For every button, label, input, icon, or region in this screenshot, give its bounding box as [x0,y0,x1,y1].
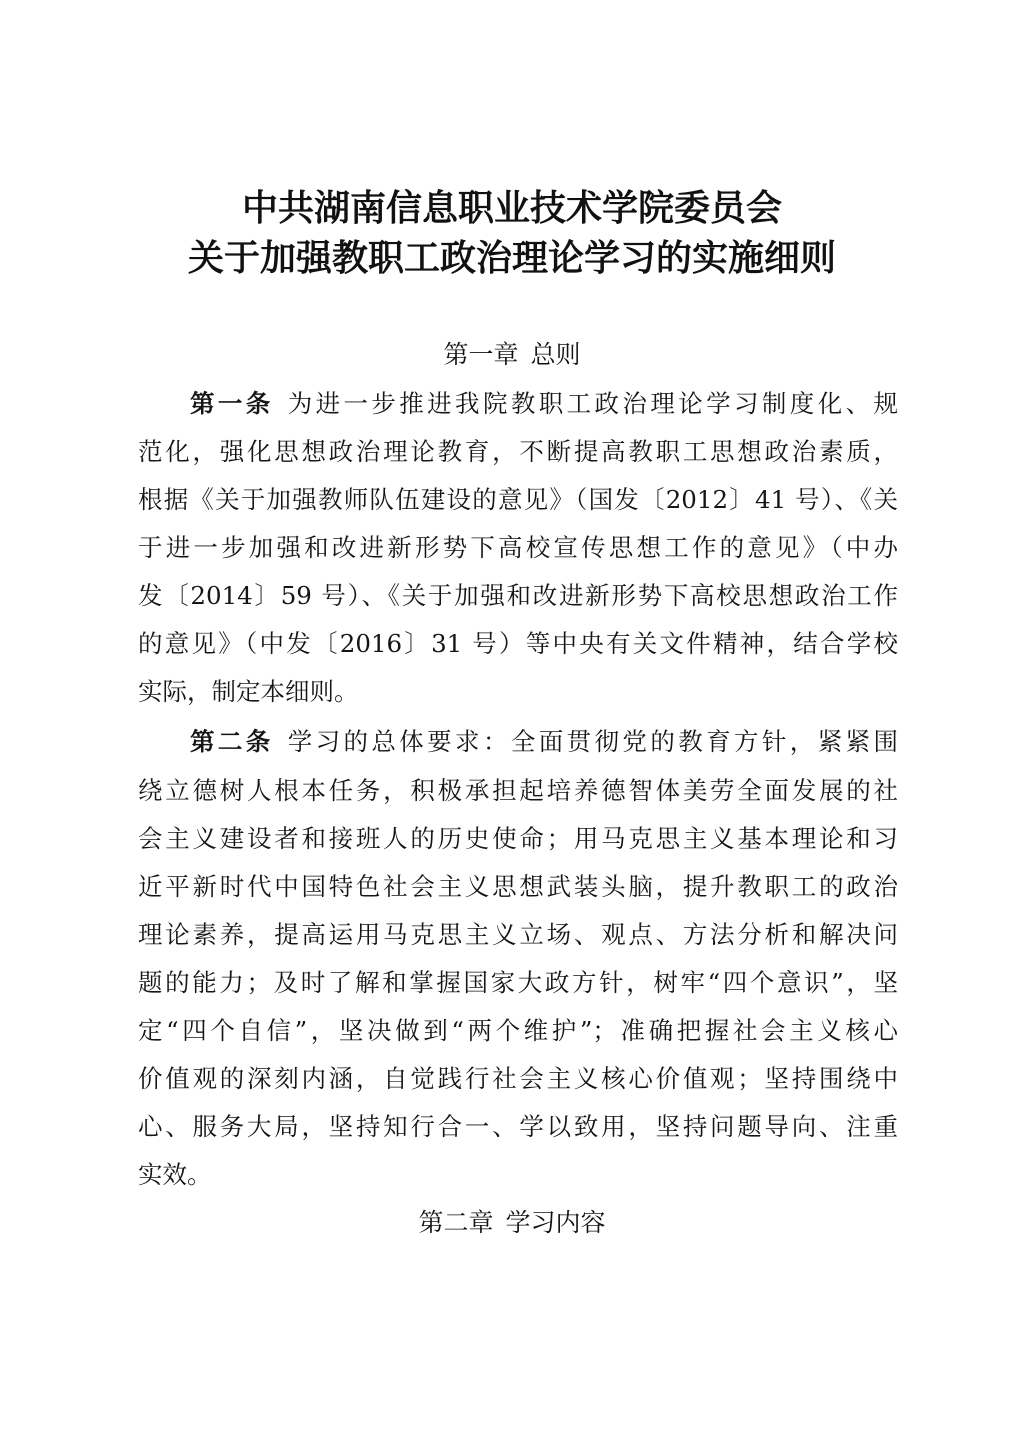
article-2-line-5: 理论素养，提高运用马克思主义立场、观点、方法分析和解决问 [138,918,898,952]
chapter-1-heading: 第一章总则 [0,338,1024,372]
article-2-text: 学习的总体要求：全面贯彻党的教育方针，紧紧围 [288,727,898,756]
document-title-line-2: 关于加强教职工政治理论学习的实施细则 [0,236,1024,280]
chapter-1-number: 第一章 [443,340,518,369]
article-1-line-7: 实际，制定本细则。 [138,675,898,709]
article-2-line-4: 近平新时代中国特色社会主义思想武装头脑，提升教职工的政治 [138,870,898,904]
article-2-label: 第二条 [190,727,274,756]
article-1-label: 第一条 [190,389,274,418]
article-2-line-7: 定“四个自信”，坚决做到“两个维护”；准确把握社会主义核心 [138,1014,898,1048]
article-1-line-5: 发〔2014〕59 号）、《关于加强和改进新形势下高校思想政治工作 [138,579,898,613]
article-1-line-2: 范化，强化思想政治理论教育，不断提高教职工思想政治素质， [138,435,898,469]
chapter-2-number: 第二章 [418,1208,493,1237]
document-title-line-1: 中共湖南信息职业技术学院委员会 [0,186,1024,230]
article-2-line-2: 绕立德树人根本任务，积极承担起培养德智体美劳全面发展的社 [138,774,898,808]
article-2-line-3: 会主义建设者和接班人的历史使命；用马克思主义基本理论和习 [138,822,898,856]
chapter-1-name: 总则 [531,340,581,369]
article-2-line-10: 实效。 [138,1158,898,1192]
article-1-line-6: 的意见》（中发〔2016〕31 号）等中央有关文件精神，结合学校 [138,627,898,661]
chapter-2-heading: 第二章学习内容 [0,1206,1024,1240]
article-1-text: 为进一步推进我院教职工政治理论学习制度化、规 [288,389,898,418]
article-1-line-1: 第一条为进一步推进我院教职工政治理论学习制度化、规 [190,387,898,421]
article-2-line-9: 心、服务大局，坚持知行合一、学以致用，坚持问题导向、注重 [138,1110,898,1144]
article-1-line-4: 于进一步加强和改进新形势下高校宣传思想工作的意见》（中办 [138,531,898,565]
article-2-line-8: 价值观的深刻内涵，自觉践行社会主义核心价值观；坚持围绕中 [138,1062,898,1096]
chapter-2-name: 学习内容 [506,1208,606,1237]
article-2-line-1: 第二条学习的总体要求：全面贯彻党的教育方针，紧紧围 [190,725,898,759]
article-2-line-6: 题的能力；及时了解和掌握国家大政方针，树牢“四个意识”，坚 [138,966,898,1000]
document-page: 中共湖南信息职业技术学院委员会 关于加强教职工政治理论学习的实施细则 第一章总则… [0,0,1024,1448]
article-1-line-3: 根据《关于加强教师队伍建设的意见》（国发〔2012〕41 号）、《关 [138,483,898,517]
